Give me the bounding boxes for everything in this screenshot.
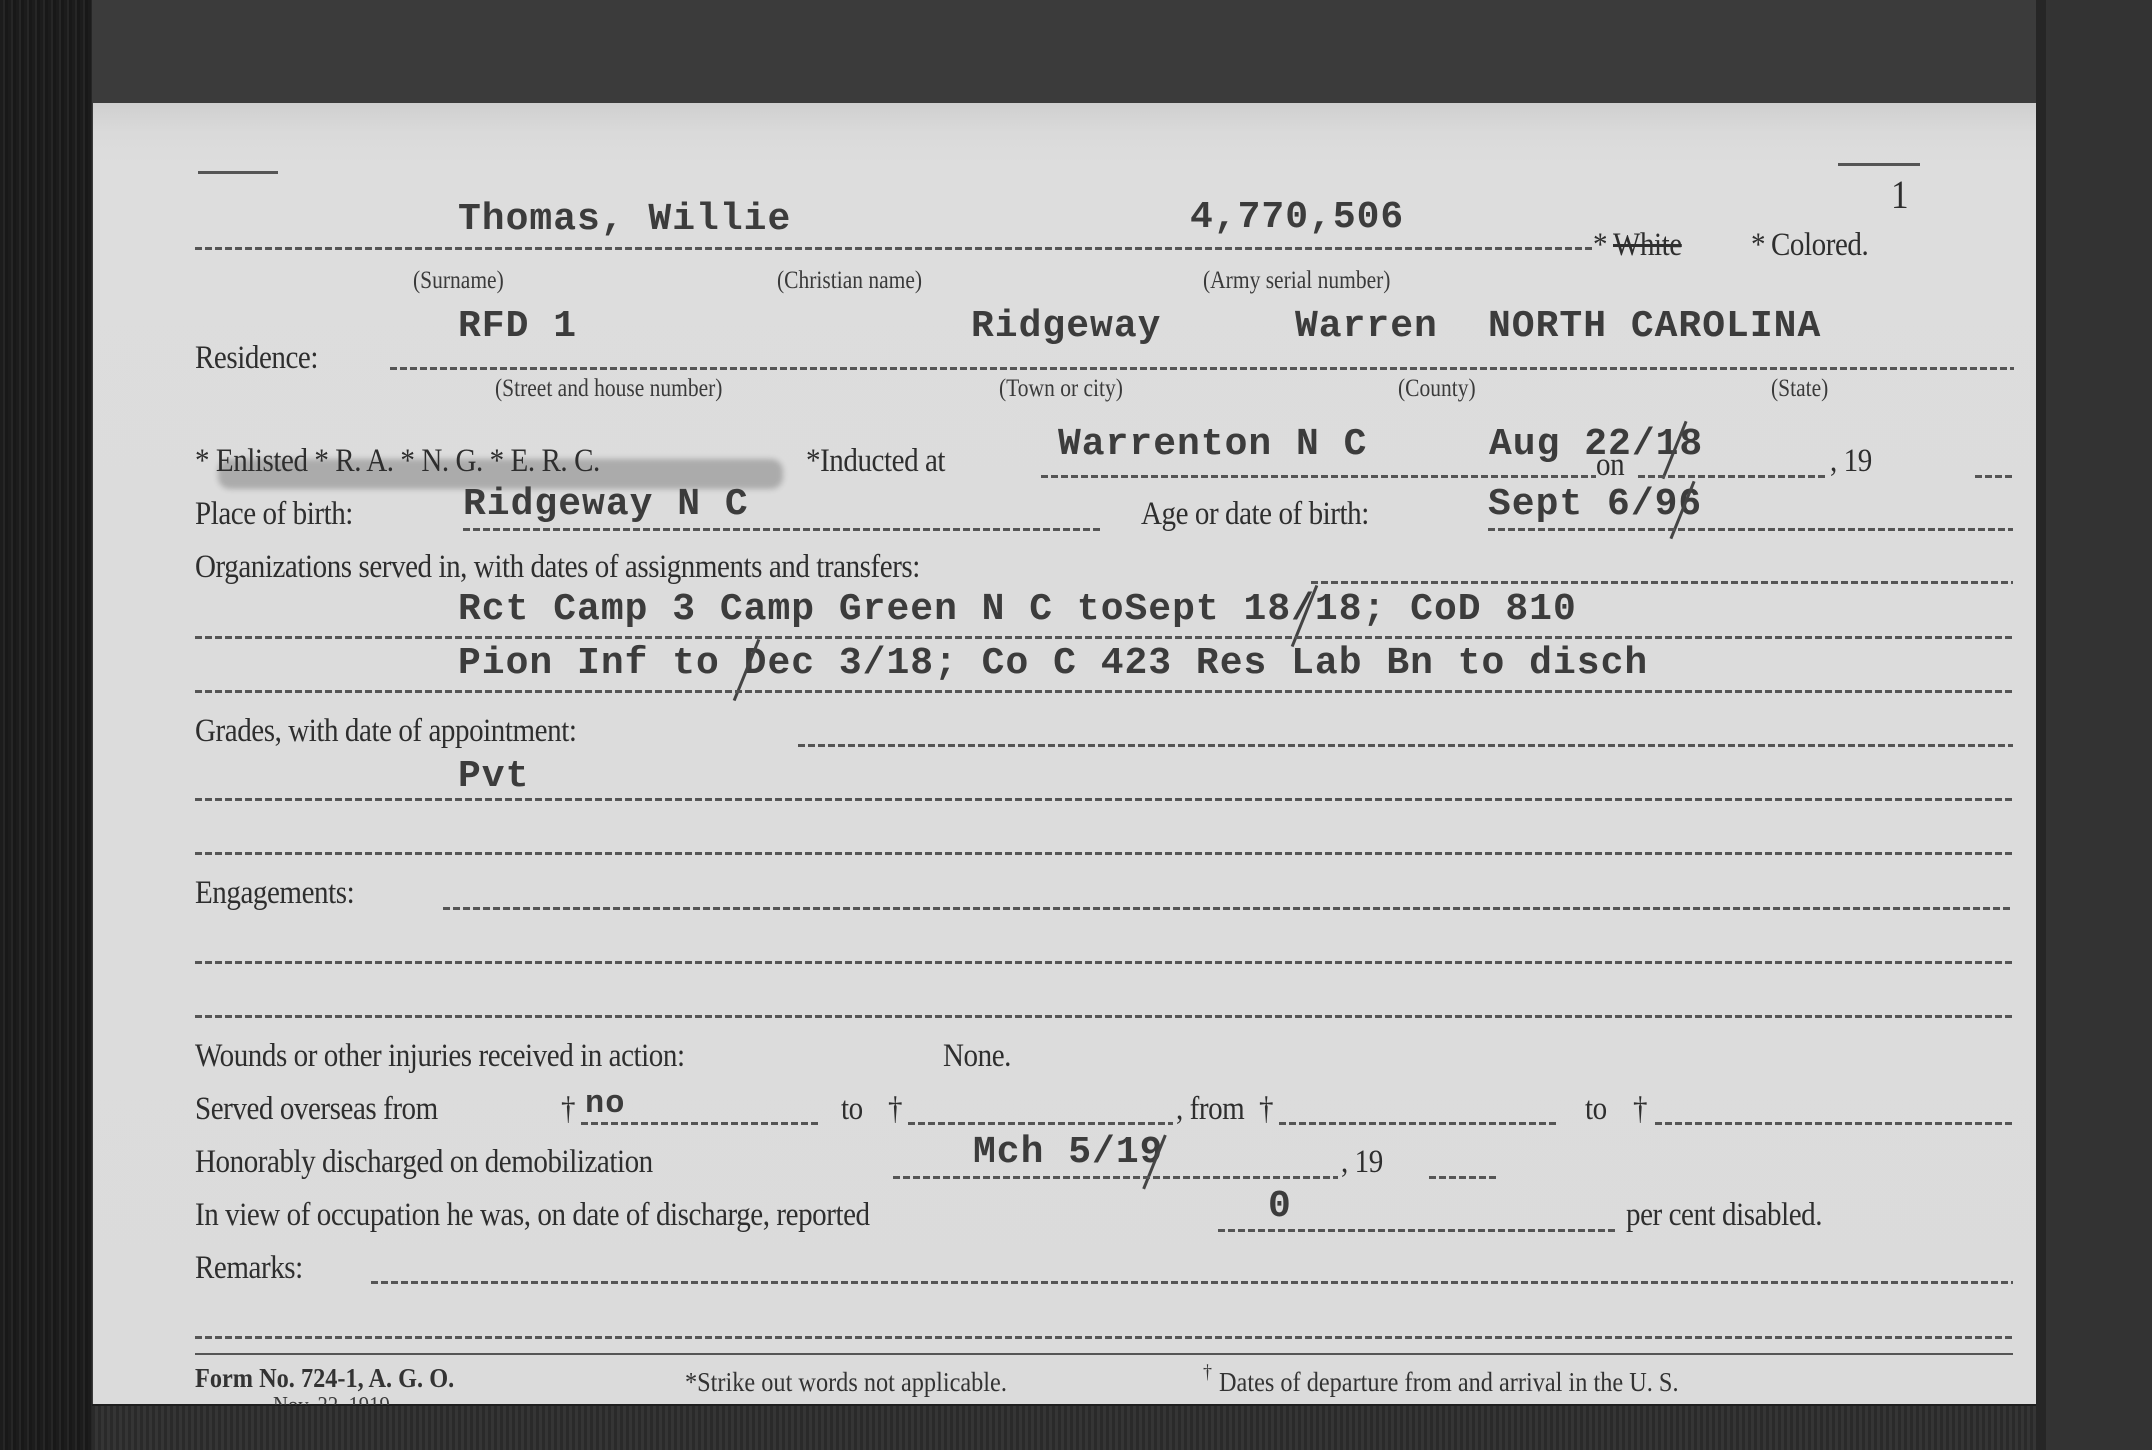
birth-date-line: [1488, 528, 2013, 531]
disability-line: [1218, 1229, 1618, 1232]
overseas-to2-label: to: [1585, 1091, 1607, 1128]
typed-street: RFD 1: [458, 305, 577, 348]
county-label: (County): [1398, 375, 1476, 403]
christian-name-label: (Christian name): [777, 267, 922, 295]
service-record-card: 1 Thomas, Willie 4,770,506 * White * Col…: [93, 103, 2036, 1404]
race-asterisk-white: *: [1593, 227, 1607, 264]
disability-suffix: per cent disabled.: [1626, 1197, 1822, 1234]
engagements-label: Engagements:: [195, 875, 354, 912]
dates-note-mark: †: [1203, 1361, 1212, 1384]
typed-organization-line-2: Pion Inf to Dec 3/18; Co C 423 Res Lab B…: [458, 642, 1648, 685]
engagements-line-0: [443, 907, 2013, 910]
typed-inducted-place: Warrenton N C: [1058, 423, 1367, 466]
dagger-mark-3: †: [1259, 1091, 1273, 1128]
typed-disability-percent: 0: [1268, 1185, 1292, 1228]
service-type-options: * Enlisted * R. A. * N. G. * E. R. C.: [195, 443, 600, 480]
surname-label: (Surname): [413, 267, 504, 295]
date-of-birth-label: Age or date of birth:: [1141, 496, 1369, 533]
discharge-year-line: [1429, 1176, 1499, 1179]
wounds-value: None.: [943, 1038, 1011, 1075]
top-left-rule: [198, 171, 278, 174]
typed-birth-place: Ridgeway N C: [463, 483, 749, 526]
form-date-clip: Nov. 22, 1919: [273, 1393, 473, 1405]
remarks-label: Remarks:: [195, 1250, 303, 1287]
grades-line-1: [195, 798, 2013, 801]
organizations-label: Organizations served in, with dates of a…: [195, 549, 920, 586]
remarks-line-1: [195, 1336, 2013, 1339]
scanner-background-right: [2036, 0, 2152, 1450]
overseas-from2-line: [1279, 1122, 1559, 1125]
residence-line: [390, 367, 2014, 370]
engagements-line-2: [195, 1015, 2013, 1018]
dagger-mark-2: †: [888, 1091, 902, 1128]
discharge-date-line: [893, 1176, 1338, 1179]
typed-grade: Pvt: [458, 755, 529, 798]
name-line: [195, 247, 1595, 250]
residence-label: Residence:: [195, 340, 318, 377]
dagger-mark-1: †: [561, 1091, 575, 1128]
card-number: 1: [1891, 171, 1908, 218]
disability-label: In view of occupation he was, on date of…: [195, 1197, 870, 1234]
scanner-background-bottom: [92, 1404, 2036, 1450]
grades-label: Grades, with date of appointment:: [195, 713, 576, 750]
organizations-line-2: [195, 690, 2013, 693]
on-label: on: [1596, 447, 1624, 484]
engagements-line-1: [195, 961, 2013, 964]
organizations-line-1: [195, 636, 2013, 639]
typed-name: Thomas, Willie: [458, 198, 791, 241]
overseas-to-line: [908, 1122, 1173, 1125]
dates-note: Dates of departure from and arrival in t…: [1219, 1367, 1679, 1398]
typed-county: Warren: [1295, 305, 1438, 348]
wounds-label: Wounds or other injuries received in act…: [195, 1038, 685, 1075]
top-right-rule: [1838, 163, 1920, 166]
footer-rule: [195, 1353, 2013, 1355]
place-of-birth-label: Place of birth:: [195, 496, 353, 533]
remarks-line-0: [371, 1281, 2013, 1284]
strike-out-note: *Strike out words not applicable.: [685, 1367, 1007, 1398]
state-label: (State): [1771, 375, 1828, 403]
inducted-date-line: [1638, 475, 1828, 478]
typed-state: NORTH CAROLINA: [1488, 305, 1821, 348]
race-asterisk-colored: *: [1751, 227, 1765, 264]
served-overseas-label: Served overseas from: [195, 1091, 438, 1128]
discharge-label: Honorably discharged on demobilization: [195, 1144, 653, 1181]
street-label: (Street and house number): [495, 375, 722, 403]
race-option-white: White: [1613, 227, 1682, 264]
scanner-background-left: [0, 0, 92, 1450]
overseas-from2-label: , from: [1176, 1091, 1244, 1128]
discharge-year-label: , 19: [1341, 1144, 1383, 1181]
birth-place-line: [463, 528, 1103, 531]
overseas-to2-line: [1655, 1122, 2013, 1125]
form-number: Form No. 724-1, A. G. O.: [195, 1363, 454, 1394]
organizations-line-0: [1311, 581, 2013, 584]
typed-town: Ridgeway: [971, 305, 1161, 348]
typed-discharge-date: Mch 5/19: [973, 1131, 1163, 1174]
inducted-place-line: [1041, 475, 1596, 478]
town-label: (Town or city): [999, 375, 1123, 403]
typed-overseas-from: no: [585, 1085, 625, 1122]
typed-serial-number: 4,770,506: [1190, 196, 1404, 239]
typed-birth-date: Sept 6/96: [1488, 483, 1702, 526]
grades-line-2: [195, 852, 2013, 855]
dagger-mark-4: †: [1633, 1091, 1647, 1128]
form-date: Nov. 22, 1919: [273, 1393, 390, 1405]
overseas-to-label: to: [841, 1091, 863, 1128]
overseas-from-line: [581, 1122, 821, 1125]
race-option-colored: Colored.: [1771, 227, 1868, 264]
grades-line-0: [798, 744, 2013, 747]
inducted-year-line: [1975, 475, 2013, 478]
inducted-year-label: , 19: [1830, 443, 1872, 480]
serial-number-label: (Army serial number): [1203, 267, 1390, 295]
typed-organization-line-1: Rct Camp 3 Camp Green N C toSept 18/18; …: [458, 588, 1577, 631]
inducted-at-label: *Inducted at: [806, 443, 945, 480]
